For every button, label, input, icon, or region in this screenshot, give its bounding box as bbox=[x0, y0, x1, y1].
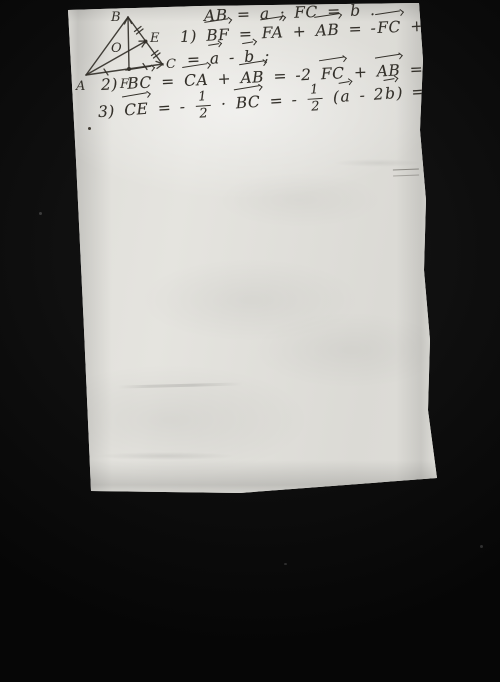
vertex-label-A: A bbox=[75, 79, 85, 94]
vector-term: AB bbox=[315, 20, 339, 41]
fraction: a2 bbox=[469, 73, 487, 104]
vector-term: FC bbox=[294, 2, 318, 23]
vector-term: b bbox=[350, 1, 361, 21]
vertex-label-B: B bbox=[110, 10, 121, 25]
dust-speck bbox=[480, 545, 483, 548]
pencil-dash-mark bbox=[393, 169, 419, 177]
paper-sheet: BEOAFC AB = a ; FC = b . 1) BF = FA + AB… bbox=[0, 0, 500, 682]
vector-term: a bbox=[340, 86, 351, 107]
stray-ink-dot bbox=[88, 127, 91, 130]
vector-term: BC bbox=[127, 73, 152, 94]
dust-speck bbox=[39, 212, 42, 215]
paper-crease bbox=[118, 382, 243, 388]
triangle-edge bbox=[128, 17, 129, 69]
fraction: 12 bbox=[195, 90, 212, 121]
vector-term: a bbox=[432, 58, 443, 78]
vector-term: FC bbox=[377, 17, 402, 38]
scan-background: BEOAFC AB = a ; FC = b . 1) BF = FA + AB… bbox=[0, 0, 500, 682]
vertex-label-C: C bbox=[166, 57, 176, 72]
vector-term: b bbox=[477, 56, 488, 76]
vector-term: AB bbox=[433, 14, 457, 35]
point-dot bbox=[144, 40, 148, 44]
vector-term: CA bbox=[184, 70, 209, 91]
dust-speck bbox=[284, 563, 287, 565]
triangle-edge bbox=[86, 17, 128, 75]
vector-term: CE bbox=[124, 99, 149, 120]
vector-term: b bbox=[434, 80, 446, 101]
vector-term: b bbox=[384, 83, 396, 104]
fraction: 12 bbox=[307, 83, 324, 114]
paper-crease bbox=[90, 450, 240, 462]
vector-term: BC bbox=[235, 92, 261, 114]
vector-term: FA bbox=[261, 22, 283, 43]
vertex-label-E: E bbox=[149, 31, 160, 46]
paper-crease bbox=[330, 158, 425, 168]
vertex-label-O: O bbox=[111, 41, 122, 56]
vector-term: a bbox=[260, 4, 270, 24]
vector-term: a bbox=[209, 48, 220, 68]
vector-term: AB bbox=[204, 5, 228, 26]
